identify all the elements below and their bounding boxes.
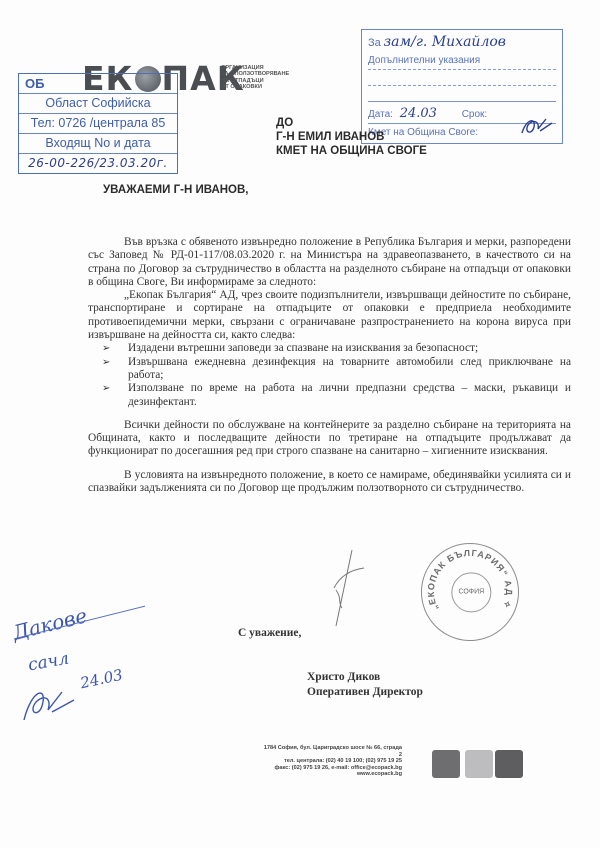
addressee-to: ДО <box>276 116 427 130</box>
handwritten-initials-icon <box>18 680 78 725</box>
closing: С уважение, <box>238 627 301 639</box>
stamp-registry-number: 26-00-226/23.03.20г. <box>19 154 177 173</box>
resolution-to-handwritten: зам/г. Михайлов <box>384 34 506 50</box>
mayor-signature-icon <box>518 115 554 137</box>
list-item: ➢Използване по време на работа на лични … <box>114 382 571 409</box>
list-item: ➢Издадени вътрешни заповеди за спазване … <box>114 342 571 355</box>
paragraph: Всички дейности по обслужване на контейн… <box>88 419 571 459</box>
signer-name: Христо Диков <box>307 670 423 685</box>
footer-square-light <box>465 750 493 778</box>
resolution-blank-line <box>368 75 556 86</box>
measures-list: ➢Издадени вътрешни заповеди за спазване … <box>88 342 571 408</box>
resolution-to-row: За зам/г. Михайлов <box>368 34 556 50</box>
stamp-label: Входящ No и дата <box>19 134 177 154</box>
handwritten-note-1: Дакове <box>10 603 89 645</box>
footer-fax: факс: (02) 975 19 26, e-mail: office@eco… <box>262 765 402 772</box>
handwritten-note-2: сачл <box>27 649 71 676</box>
company-seal: „ЕКОПАК БЪЛГАРИЯ“ АД ✧ СОФИЯ <box>404 526 537 659</box>
director-signature-icon <box>330 548 370 628</box>
paragraph: „Екопак България“ АД, чрез своите подизп… <box>88 289 571 342</box>
paragraph: Във връзка с обявеното извънредно положе… <box>88 236 571 289</box>
arrow-bullet-icon: ➢ <box>102 382 110 395</box>
list-item-text: Използване по време на работа на лични п… <box>128 382 571 407</box>
resolution-instructions-label: Допълнителни указания <box>368 55 480 66</box>
list-item: ➢Извършвана ежедневна дезинфекция на тов… <box>114 356 571 383</box>
incoming-registry-stamp: ОБ Област Софийска Тел: 0726 /централа 8… <box>18 73 178 174</box>
resolution-blank-line <box>368 93 556 102</box>
footer-square-dark <box>495 750 523 778</box>
resolution-to-label: За <box>368 37 381 49</box>
signer-block: Христо Диков Оперативен Директор <box>307 670 423 700</box>
greeting: УВАЖАЕМИ Г-Н ИВАНОВ, <box>103 184 249 196</box>
stamp-phone: Тел: 0726 /централа 85 <box>19 114 177 134</box>
stamp-region: Област Софийска <box>19 94 177 114</box>
logo-subtitle-line: ОТ ОПАКОВКИ <box>221 84 289 90</box>
paragraph: В условията на извънредното положение, в… <box>88 469 571 496</box>
list-item-text: Издадени вътрешни заповеди за спазване н… <box>128 342 478 354</box>
signer-title: Оперативен Директор <box>307 685 423 700</box>
footer-square-dark <box>432 750 460 778</box>
arrow-bullet-icon: ➢ <box>102 342 110 355</box>
resolution-instructions-row: Допълнителни указания <box>368 55 556 70</box>
resolution-deadline-label: Срок: <box>462 109 488 120</box>
footer-contacts: 1784 София, бул. Цариградско шосе № 66, … <box>262 745 402 778</box>
addressee-name: Г-Н ЕМИЛ ИВАНОВ <box>276 130 427 144</box>
letter-body: Във връзка с обявеното извънредно положе… <box>88 236 571 495</box>
handwritten-note-3: 24.03 <box>79 666 125 693</box>
addressee-block: ДО Г-Н ЕМИЛ ИВАНОВ КМЕТ НА ОБЩИНА СВОГЕ <box>276 116 427 158</box>
logo-subtitle-line: ЗА ОПОЛЗОТВОРЯВАНЕ <box>221 71 289 77</box>
seal-center: СОФИЯ <box>451 572 491 612</box>
stamp-municipality: ОБ <box>19 74 177 94</box>
arrow-bullet-icon: ➢ <box>102 356 110 369</box>
footer-website: www.ecopack.bg <box>262 771 402 778</box>
footer-address: 1784 София, бул. Цариградско шосе № 66, … <box>262 745 402 758</box>
list-item-text: Извършвана ежедневна дезинфекция на това… <box>128 356 571 381</box>
footer-phone: тел. централа: (02) 40 19 100; (02) 975 … <box>262 758 402 765</box>
addressee-position: КМЕТ НА ОБЩИНА СВОГЕ <box>276 144 427 158</box>
logo-subtitle: ОРГАНИЗАЦИЯ ЗА ОПОЛЗОТВОРЯВАНЕ НА ОТПАДЪ… <box>221 65 289 91</box>
